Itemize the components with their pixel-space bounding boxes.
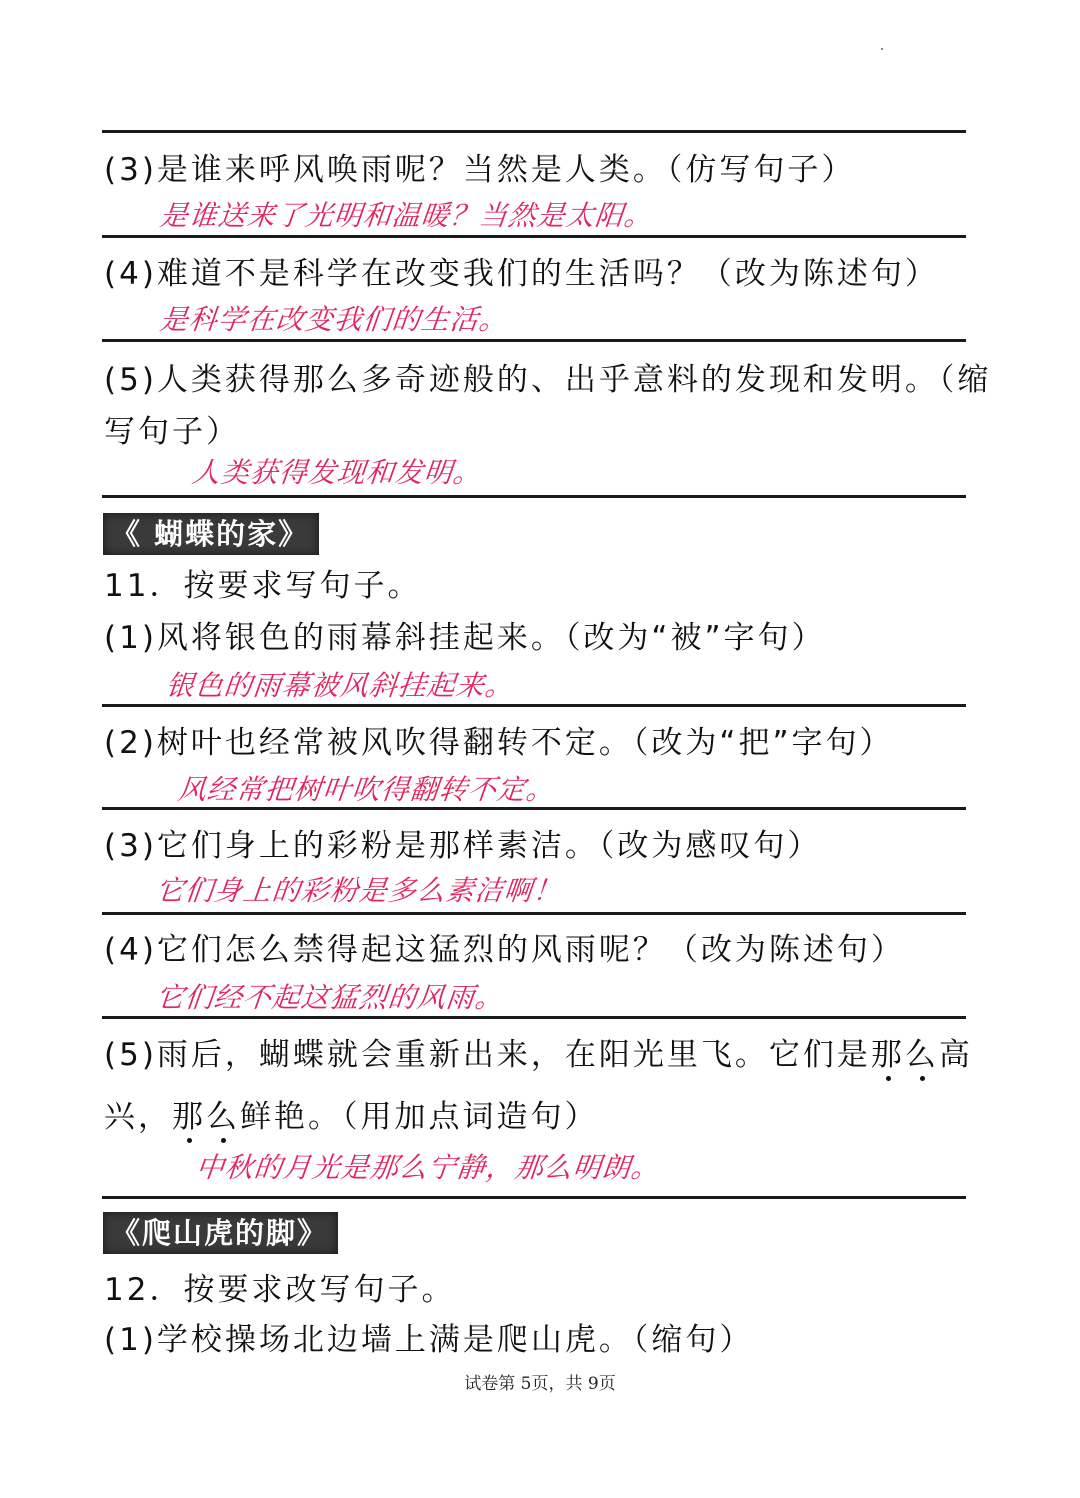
question-11-1: (1)风将银色的雨幕斜挂起来。（改为“被”字句）	[104, 618, 826, 658]
task-11: 11．按要求写句子。	[104, 566, 421, 606]
question-11-3: (3)它们身上的彩粉是那样素洁。（改为感叹句）	[104, 826, 821, 866]
answer-11-1: 银色的雨幕被风斜挂起来。	[164, 668, 516, 704]
section-heading-butterfly-home: 《 蝴蝶的家》	[103, 513, 319, 555]
exam-page: (3)是谁来呼风唤雨呢？当然是人类。（仿写句子） 是谁送来了光明和温暖？当然是太…	[0, 0, 1080, 1498]
question-11-5-line2: 兴，那么鲜艳。（用加点词造句）	[104, 1097, 599, 1137]
question-11-2: (2)树叶也经常被风吹得翻转不定。（改为“把”字句）	[104, 723, 894, 763]
answer-rule	[102, 130, 966, 133]
answer-rule	[102, 912, 966, 915]
answer-11-4: 它们经不起这猛烈的风雨。	[154, 980, 506, 1016]
answer-rule	[102, 339, 966, 342]
emphasis-dot-char: 那	[871, 1037, 905, 1073]
answer-11-2: 风经常把树叶吹得翻转不定。	[176, 772, 557, 808]
answer-11-3: 它们身上的彩粉是多么素洁啊！	[154, 873, 564, 909]
question-4: (4)难道不是科学在改变我们的生活吗？（改为陈述句）	[104, 254, 939, 294]
emphasis-dot-char: 么	[206, 1099, 240, 1135]
answer-11-5: 中秋的月光是那么宁静，那么明朗。	[194, 1150, 662, 1186]
question-11-4: (4)它们怎么禁得起这猛烈的风雨呢？（改为陈述句）	[104, 930, 905, 970]
section-heading-ivy-feet: 《爬山虎的脚》	[103, 1212, 338, 1254]
answer-rule	[102, 235, 966, 238]
question-3: (3)是谁来呼风唤雨呢？当然是人类。（仿写句子）	[104, 150, 855, 190]
emphasis-dot-char: 那	[172, 1099, 206, 1135]
answer-4: 是科学在改变我们的生活。	[158, 302, 510, 338]
question-5-line1: (5)人类获得那么多奇迹般的、出乎意料的发现和发明。（缩	[104, 360, 991, 400]
page-footer: 试卷第 5页，共 9页	[0, 1369, 1080, 1394]
emphasis-dot-char: 么	[905, 1037, 939, 1073]
question-5-line2: 写句子）	[104, 412, 240, 452]
task-12: 12．按要求改写句子。	[104, 1270, 455, 1310]
answer-rule	[102, 704, 966, 707]
question-11-5-line1: (5)雨后，蝴蝶就会重新出来，在阳光里飞。它们是那么高	[104, 1035, 973, 1075]
answer-rule	[102, 807, 966, 810]
answer-rule	[102, 1196, 966, 1199]
answer-3: 是谁送来了光明和温暖？当然是太阳。	[158, 198, 655, 234]
scan-speck	[881, 48, 883, 50]
question-12-1: (1)学校操场北边墙上满是爬山虎。（缩句）	[104, 1320, 753, 1360]
answer-5: 人类获得发现和发明。	[190, 455, 484, 491]
answer-rule	[102, 495, 966, 498]
answer-rule	[102, 1016, 966, 1019]
